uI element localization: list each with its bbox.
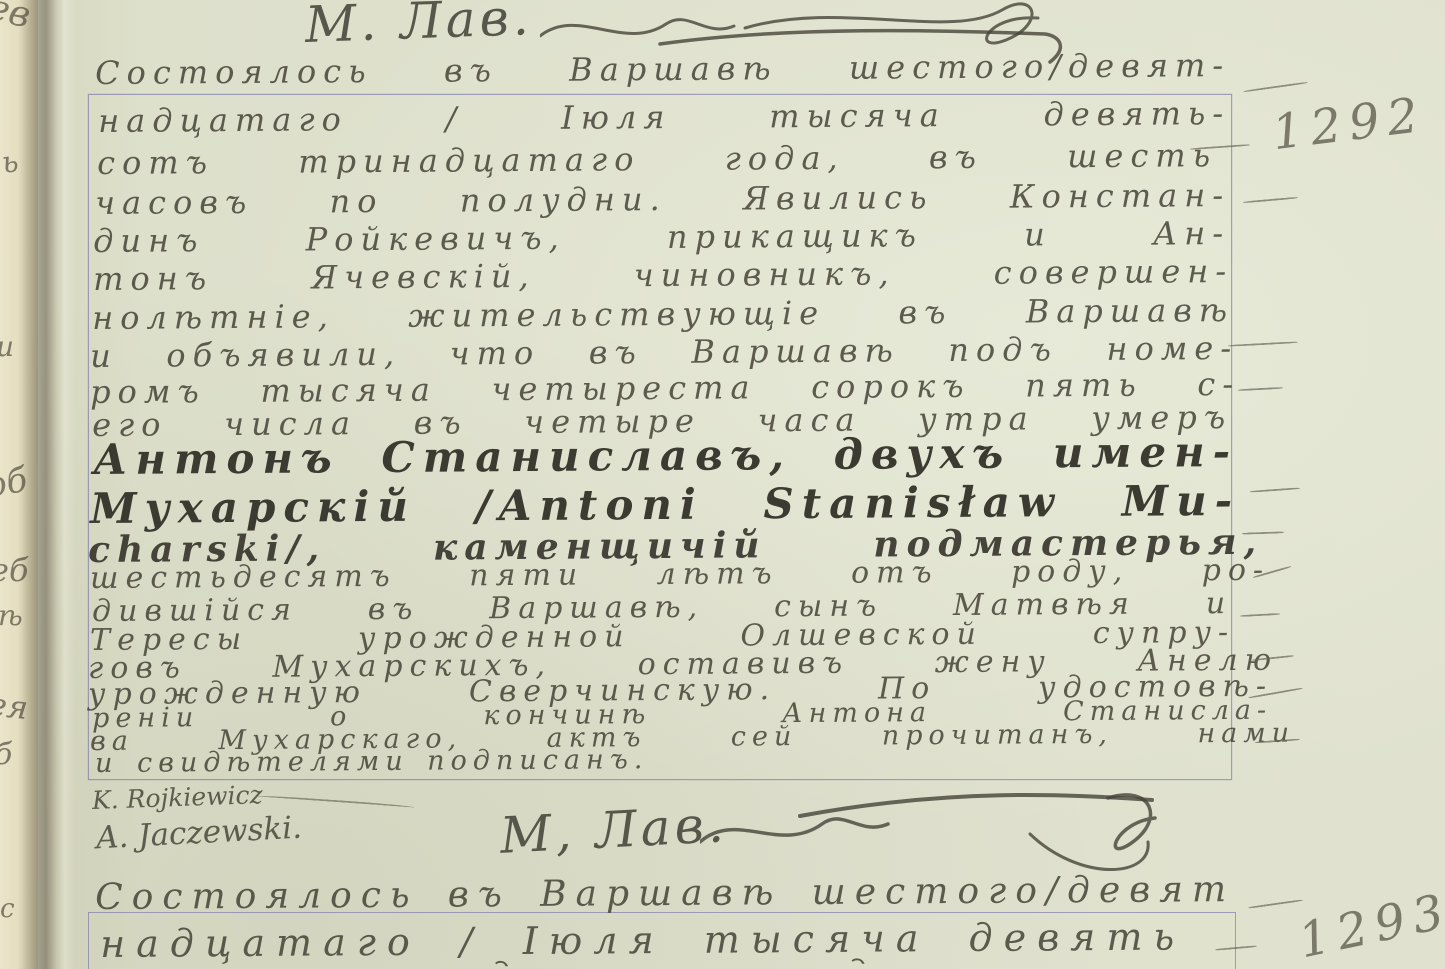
record-1292-line: сотъ тринадцатаго года, въ шесть: [97, 138, 1217, 181]
edge-writing-fragment: и: [0, 333, 14, 361]
previous-signature-flourish: [540, 0, 1080, 76]
witness-signature-jaczewski: A. Jaczewski.: [95, 813, 302, 855]
margin-dash: [1248, 899, 1303, 909]
edge-writing-fragment: ѣ: [0, 602, 23, 630]
edge-writing-fragment: еб: [0, 554, 28, 586]
edge-writing-fragment: ь: [0, 147, 20, 179]
margin-number-1292: 1292: [1270, 91, 1429, 157]
edge-writing-fragment: б: [0, 740, 12, 770]
archival-register-page: ев ь и об еб ѣ ея б с М. Лав. Состоялось…: [0, 0, 1445, 969]
left-page-edge: ев ь и об еб ѣ ея б с: [0, 0, 38, 969]
edge-writing-fragment: об: [0, 463, 30, 504]
margin-dash: [1228, 341, 1298, 347]
official-signature: М, Лав.: [499, 799, 729, 861]
margin-dash: [1238, 387, 1283, 391]
margin-dash: [1243, 197, 1298, 204]
official-signature-flourish: [700, 790, 1170, 885]
margin-dash: [1240, 613, 1280, 617]
previous-record-official-signature: М. Лав.: [304, 0, 533, 50]
record-1292-line: надцатаго / Іюля тысяча девять-: [98, 96, 1230, 139]
edge-writing-fragment: ея: [0, 688, 30, 724]
record-1292-line: тонъ Ячевскій, чиновникъ, совершен-: [93, 254, 1233, 297]
witness-signature-rojkiewicz: K. Rojkiewicz: [92, 782, 263, 813]
edge-writing-fragment: ев: [0, 0, 34, 35]
margin-dash: [1250, 487, 1300, 492]
margin-dash: [1243, 81, 1308, 92]
record-1292-line: и свидѣтелями подписанъ.: [95, 745, 735, 779]
edge-writing-fragment: с: [0, 896, 15, 922]
signature-trailing-stroke: [255, 794, 415, 807]
record-1292-deceased-name-line: Антонъ Станиславъ, двухъ имен-: [93, 429, 1238, 483]
margin-number-1293: 1293: [1295, 886, 1445, 965]
